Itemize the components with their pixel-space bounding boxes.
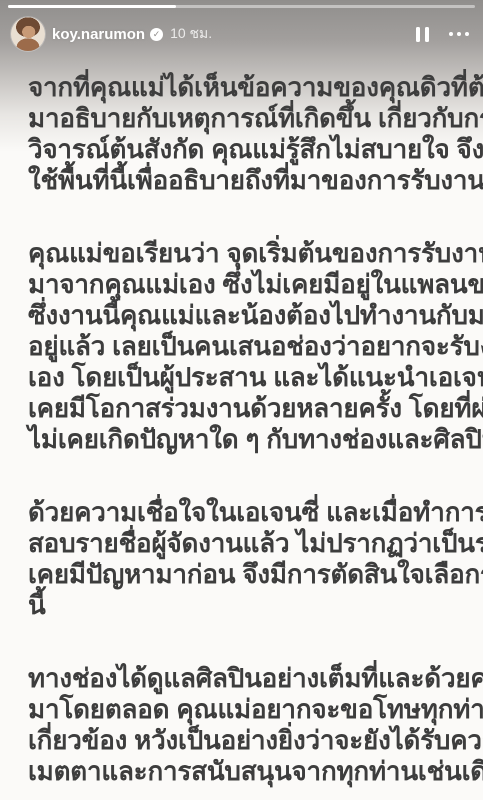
text-line: เคยมีปัญหามาก่อน จึงมีการตัดสินใจเลือกรั… bbox=[28, 559, 459, 590]
text-line: นี้ bbox=[28, 590, 459, 621]
story-progress-fill bbox=[8, 5, 176, 8]
text-line: เคยมีโอกาสร่วมงานด้วยหลายครั้ง โดยที่ผ่า… bbox=[28, 393, 459, 424]
text-line: มาโดยตลอด คุณแม่อยากจะขอโทษทุกท่านที่ bbox=[28, 694, 459, 725]
text-line: เมตตาและการสนับสนุนจากทุกท่านเช่นเดิมค่ะ bbox=[28, 756, 459, 787]
paragraph: จากที่คุณแม่ได้เห็นข้อความของคุณดิวที่ต้… bbox=[28, 72, 459, 196]
text-line: เกี่ยวข้อง หวังเป็นอย่างยิ่งว่าจะยังได้ร… bbox=[28, 725, 459, 756]
verified-badge-icon: ✓ bbox=[150, 28, 163, 41]
story-viewport[interactable]: koy.narumon ✓ 10 ชม. จากที่คุณแม่ได้เห็น… bbox=[0, 0, 483, 800]
paragraph: ทางช่องได้ดูแลศิลปินอย่างเต็มที่และด้วยค… bbox=[28, 663, 459, 787]
text-line: ทางช่องได้ดูแลศิลปินอย่างเต็มที่และด้วยค… bbox=[28, 663, 459, 694]
username[interactable]: koy.narumon bbox=[52, 26, 145, 43]
text-line: อยู่แล้ว เลยเป็นคนเสนอช่องว่าอยากจะรับงา… bbox=[28, 331, 459, 362]
text-line: วิจารณ์ต้นสังกัด คุณแม่รู้สึกไม่สบายใจ จ… bbox=[28, 134, 459, 165]
pause-icon[interactable] bbox=[414, 25, 431, 44]
text-line: เอง โดยเป็นผู้ประสาน และได้แนะนำเอเจนซี่… bbox=[28, 362, 459, 393]
story-progress-bar bbox=[8, 5, 475, 8]
paragraph: ด้วยความเชื่อใจในเอเจนซี่ และเมื่อทำการต… bbox=[28, 497, 459, 621]
paragraph: คุณแม่ขอเรียนว่า จุดเริ่มต้นของการรับงาน… bbox=[28, 238, 459, 455]
text-line: มาอธิบายกับเหตุการณ์ที่เกิดขึ้น เกี่ยวกั… bbox=[28, 103, 459, 134]
text-line: มาจากคุณแม่เอง ซึ่งไม่เคยมีอยู่ในแพลนของ… bbox=[28, 269, 459, 300]
text-line: ไม่เคยเกิดปัญหาใด ๆ กับทางช่องและศิลปิน bbox=[28, 424, 459, 455]
story-timestamp: 10 ชม. bbox=[170, 23, 212, 45]
text-line: ด้วยความเชื่อใจในเอเจนซี่ และเมื่อทำการต… bbox=[28, 497, 459, 528]
text-line: ซึ่งงานนี้คุณแม่และน้องต้องไปทำงานกับมหา… bbox=[28, 300, 459, 331]
avatar[interactable] bbox=[11, 17, 45, 51]
text-line: สอบรายชื่อผู้จัดงานแล้ว ไม่ปรากฏว่าเป็นร… bbox=[28, 528, 459, 559]
story-text: จากที่คุณแม่ได้เห็นข้อความของคุณดิวที่ต้… bbox=[28, 72, 459, 787]
more-options-icon[interactable] bbox=[447, 28, 472, 41]
story-header: koy.narumon ✓ 10 ชม. bbox=[11, 16, 471, 52]
text-line: คุณแม่ขอเรียนว่า จุดเริ่มต้นของการรับงาน… bbox=[28, 238, 459, 269]
text-line: จากที่คุณแม่ได้เห็นข้อความของคุณดิวที่ต้… bbox=[28, 72, 459, 103]
text-line: ใช้พื้นที่นี้เพื่ออธิบายถึงที่มาของการรั… bbox=[28, 165, 459, 196]
